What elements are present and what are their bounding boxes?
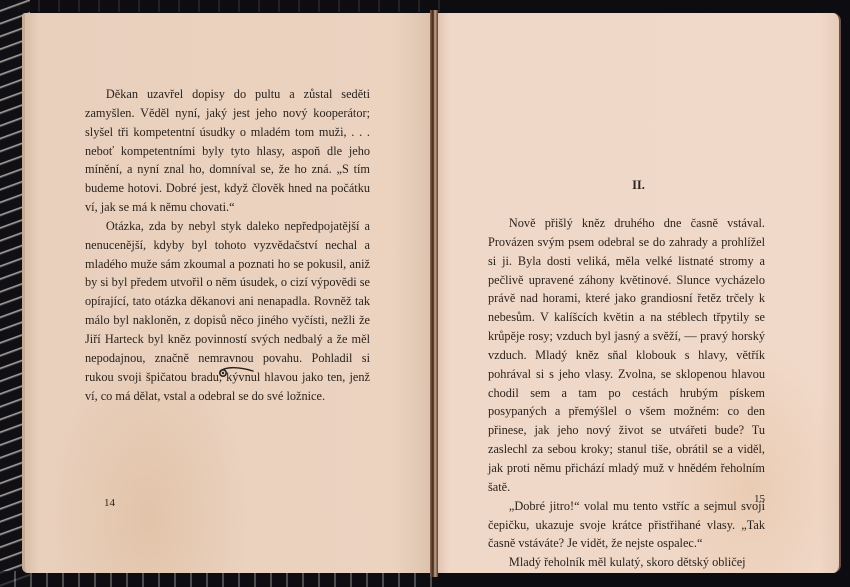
left-paragraph-1: Děkan uzavřel dopisy do pultu a zůstal s… xyxy=(85,85,370,217)
left-page: Děkan uzavřel dopisy do pultu a zůstal s… xyxy=(22,13,434,573)
page-number-left: 14 xyxy=(104,497,115,509)
book-cover-top-edge xyxy=(0,0,440,12)
right-page: II. Nově přišlý kněz druhého dne časně v… xyxy=(438,13,841,573)
book-cover-bottom-edge xyxy=(0,571,440,587)
right-paragraph-3: Mladý řeholník měl kulatý, skoro dětský … xyxy=(488,553,765,572)
swash-ornament-icon xyxy=(217,363,263,383)
chapter-heading: II. xyxy=(438,178,839,193)
right-paragraph-1: Nově přišlý kněz druhého dne časně vstáv… xyxy=(488,214,765,497)
book-spine xyxy=(430,10,438,577)
page-number-right: 15 xyxy=(754,493,765,505)
right-paragraph-2: „Dobré jitro!“ volal mu tento vstříc a s… xyxy=(488,497,765,554)
right-page-body: Nově přišlý kněz druhého dne časně vstáv… xyxy=(488,214,765,572)
left-page-body: Děkan uzavřel dopisy do pultu a zůstal s… xyxy=(85,85,370,405)
